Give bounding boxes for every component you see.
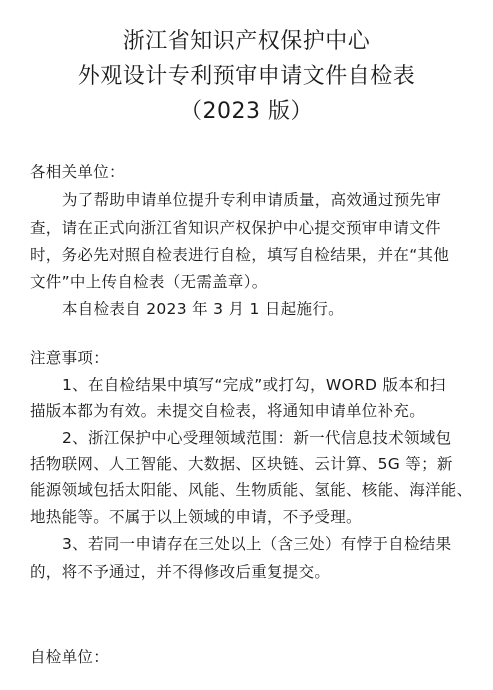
self-check-unit-label: 自检单位： [30, 646, 470, 668]
salutation: 各相关单位： [30, 161, 470, 183]
note-line: 1、在自检结果中填写“完成”或打勾，WORD 版本和扫 [62, 374, 472, 396]
notes-heading: 注意事项： [30, 347, 470, 369]
note-line: 能源领域包括太阳能、风能、生物质能、氢能、核能、海洋能、 [30, 479, 470, 501]
note-line: 3、若同一申请存在三处以上（含三处）有悖于自检结果 [62, 533, 472, 555]
note-line: 2、浙江保护中心受理领域范围：新一代信息技术领域包 [62, 427, 472, 449]
title-line-form-name: 外观设计专利预审申请文件自检表 [0, 63, 493, 91]
note-line: 的，将不予通过，并不得修改后重复提交。 [30, 561, 470, 583]
intro-line: 文件”中上传自检表（无需盖章）。 [30, 271, 470, 293]
effective-date-line: 本自检表自 2023 年 3 月 1 日起施行。 [62, 298, 472, 320]
title-line-version: （2023 版） [0, 98, 493, 126]
note-line: 地热能等。不属于以上领域的申请，不予受理。 [30, 506, 470, 528]
note-line: 括物联网、人工智能、大数据、区块链、云计算、5G 等；新 [30, 453, 470, 475]
intro-line: 查，请在正式向浙江省知识产权保护中心提交预审申请文件 [30, 217, 470, 239]
title-line-organization: 浙江省知识产权保护中心 [0, 28, 493, 56]
intro-line: 时，务必先对照自检表进行自检，填写自检结果，并在“其他 [30, 244, 470, 266]
intro-line: 为了帮助申请单位提升专利申请质量，高效通过预先审 [62, 189, 472, 211]
note-line: 描版本都为有效。未提交自检表，将通知申请单位补充。 [30, 400, 470, 422]
